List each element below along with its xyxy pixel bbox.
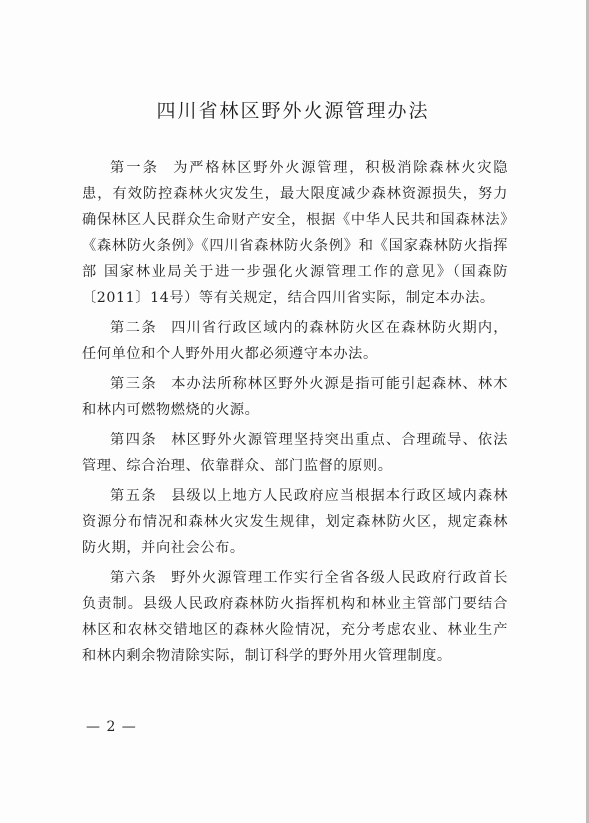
article-label: 第三条 [110, 376, 157, 392]
article-3: 第三条本办法所称林区野外火源是指可能引起森林、林木和林内可燃物燃烧的火源。 [82, 371, 508, 423]
article-label: 第六条 [110, 570, 157, 586]
article-6: 第六条野外火源管理工作实行全省各级人民政府行政首长负责制。县级人民政府森林防火指… [82, 565, 508, 669]
article-label: 第二条 [110, 320, 157, 336]
article-4: 第四条林区野外火源管理坚持突出重点、合理疏导、依法管理、综合治理、依靠群众、部门… [82, 427, 508, 479]
document-body: 第一条为严格林区野外火源管理，积极消除森林火灾隐患，有效防控森林火灾发生，最大限… [82, 155, 508, 673]
article-label: 第五条 [110, 488, 157, 504]
article-label: 第一条 [110, 160, 159, 176]
article-label: 第四条 [110, 432, 157, 448]
document-page: 四川省林区野外火源管理办法 第一条为严格林区野外火源管理，积极消除森林火灾隐患，… [0, 0, 586, 823]
document-title: 四川省林区野外火源管理办法 [0, 96, 586, 123]
article-5: 第五条县级以上地方人民政府应当根据本行政区域内森林资源分布情况和森林火灾发生规律… [82, 483, 508, 561]
article-2: 第二条四川省行政区域内的森林防火区在森林防火期内，任何单位和个人野外用火都必须遵… [82, 315, 508, 367]
article-1: 第一条为严格林区野外火源管理，积极消除森林火灾隐患，有效防控森林火灾发生，最大限… [82, 155, 508, 311]
article-text: 为严格林区野外火源管理，积极消除森林火灾隐患，有效防控森林火灾发生，最大限度减少… [82, 160, 508, 306]
page-number: — 2 — [86, 719, 137, 735]
